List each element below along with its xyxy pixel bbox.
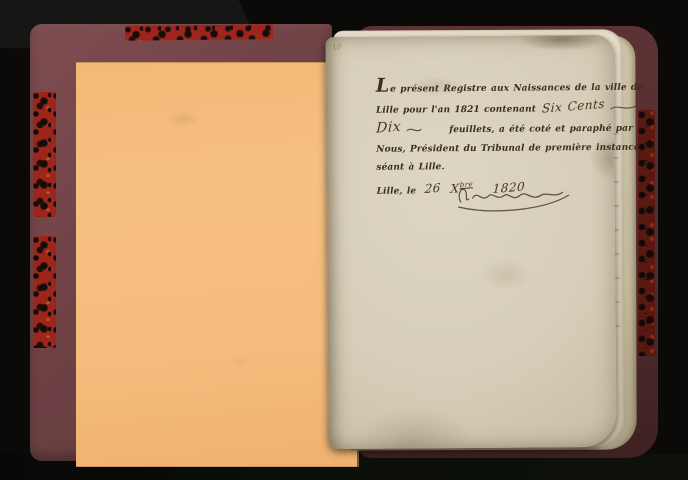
marbled-paper-left-strip: [33, 236, 56, 348]
attestation-line-4: Nous, Président du Tribunal de première …: [376, 139, 614, 159]
signature: [451, 179, 577, 216]
printed-text: Lille, le: [377, 186, 417, 196]
handwritten-count-tens: Dix: [376, 118, 402, 139]
marbled-paper-top-strip: [125, 24, 273, 41]
paper-smudge: [160, 108, 206, 130]
marbled-paper-back-edge: [638, 110, 655, 356]
pencil-mark: 18: [332, 42, 342, 52]
handwritten-count-hundreds: Six Cents: [541, 94, 605, 118]
printed-text: Lille pour l'an 1821 contenant: [376, 104, 536, 115]
pen-flourish: [609, 103, 639, 113]
handwritten-day: 26: [424, 179, 441, 199]
scanned-register-photograph: 18 Le présent Registre aux Naissances de…: [0, 0, 688, 480]
title-attestation-page: 18 Le présent Registre aux Naissances de…: [325, 35, 616, 449]
drop-cap: L: [376, 75, 390, 97]
marbled-paper-left-strip: [33, 92, 56, 217]
paper-smudge: [226, 354, 256, 368]
attestation-line-3: Dixfeuillets, a été coté et paraphé par: [376, 118, 614, 140]
endpaper-blank-page: [76, 62, 359, 467]
attestation-line-5: séant à Lille.: [376, 157, 614, 177]
printed-text: feuillets, a été coté et paraphé par: [449, 124, 633, 135]
attestation-line-1: Le présent Registre aux Naissances de la…: [376, 75, 614, 99]
attestation-line-2: Lille pour l'an 1821 contenantSix Cents: [376, 97, 614, 119]
front-cover-board: [30, 24, 332, 461]
pen-flourish: [405, 126, 423, 135]
printed-text: e présent Registre aux Naissances de la …: [390, 83, 643, 95]
